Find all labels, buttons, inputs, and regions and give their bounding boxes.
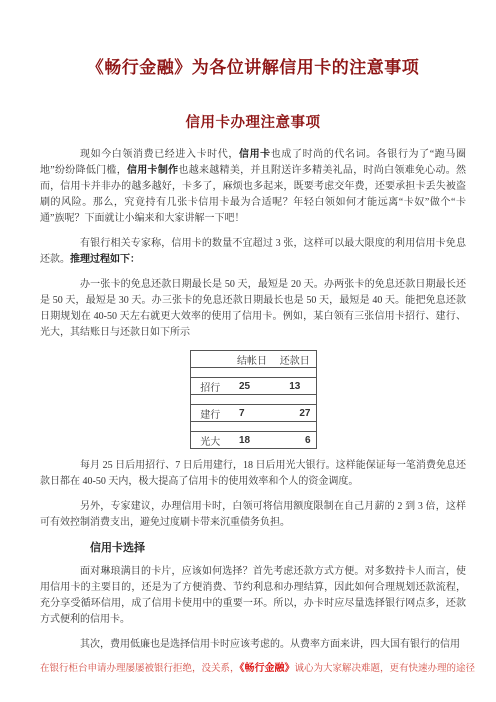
table-spacer-row <box>190 395 316 405</box>
doc-title: 《畅行金融》为各位讲解信用卡的注意事项 <box>40 57 466 79</box>
brand-name: 《畅行金融》 <box>240 663 295 674</box>
bank-name-cell: 招行 <box>190 378 230 395</box>
fees-paragraph: 其次，费用低廉也是选择信用卡时应该考虑的。从费率方面来讲，四大国有银行的信用 <box>40 637 466 653</box>
section-heading-card-selection: 信用卡选择 <box>40 541 466 555</box>
bank-name-cell: 光大 <box>190 432 230 449</box>
intro-text: 现如今白领消费已经进入卡时代， <box>80 149 239 160</box>
statement-date-cell: 18 <box>230 432 274 449</box>
statement-date-cell: 7 <box>230 405 274 422</box>
interest-free-period-paragraph: 办一张卡的免息还款日期最长是 50 天，最短是 20 天。办两张卡的免息还款日期… <box>40 277 466 341</box>
bold-term-reasoning: 推理过程如下： <box>70 254 140 265</box>
promo-footer-text: 在银行柜台申请办理屡屡被银行拒绝，没关系， <box>40 664 240 674</box>
table-row: 光大 18 6 <box>190 432 316 449</box>
table-row: 建行 7 27 <box>190 405 316 422</box>
bold-term-card-making: 信用卡制作 <box>127 165 178 176</box>
intro-paragraph: 现如今白领消费已经进入卡时代，信用卡也成了时尚的代名词。各银行为了“跑马圈地”纷… <box>40 147 466 227</box>
due-date-cell: 13 <box>274 378 316 395</box>
header-cell-statement-date: 结帐日 <box>230 351 274 368</box>
due-date-cell: 27 <box>274 405 316 422</box>
due-date-cell: 6 <box>274 432 316 449</box>
statement-date-cell: 25 <box>230 378 274 395</box>
table-spacer-row <box>190 422 316 432</box>
promo-footer: 在银行柜台申请办理屡屡被银行拒绝，没关系，《畅行金融》诚心为大家解决难题，更有快… <box>40 662 466 676</box>
usage-schedule-paragraph: 每月 25 日后用招行、7 日后用建行，18 日后用光大银行。这样能保证每一笔消… <box>40 458 466 490</box>
document-page: 《畅行金融》为各位讲解信用卡的注意事项 信用卡办理注意事项 现如今白领消费已经进… <box>0 0 496 702</box>
header-cell-due-date: 还款日 <box>274 351 316 368</box>
bank-name-cell: 建行 <box>190 405 230 422</box>
repayment-dates-table: 结帐日 还款日 招行 25 13 建行 7 27 光大 18 6 <box>190 350 317 449</box>
bold-term-credit-card: 信用卡 <box>239 149 271 160</box>
card-selection-paragraph: 面对琳琅满目的卡片，应该如何选择？首先考虑还款方式方便。对多数持卡人而言，使用信… <box>40 564 466 628</box>
table-spacer-row <box>190 368 316 378</box>
table-row: 招行 25 13 <box>190 378 316 395</box>
promo-footer-text: 诚心为大家解决难题，更有快速办理的途径 <box>295 664 476 674</box>
credit-limit-paragraph: 另外，专家建议，办理信用卡时，白领可将信用额度限制在自己月薪的 2 到 3 倍，… <box>40 499 466 531</box>
expert-advice-paragraph: 有银行相关专家称，信用卡的数量不宜超过 3 张，这样可以最大限度的利用信用卡免息… <box>40 236 466 268</box>
table-header-row: 结帐日 还款日 <box>190 351 316 368</box>
doc-subtitle: 信用卡办理注意事项 <box>40 114 466 133</box>
header-cell-empty <box>190 351 230 368</box>
